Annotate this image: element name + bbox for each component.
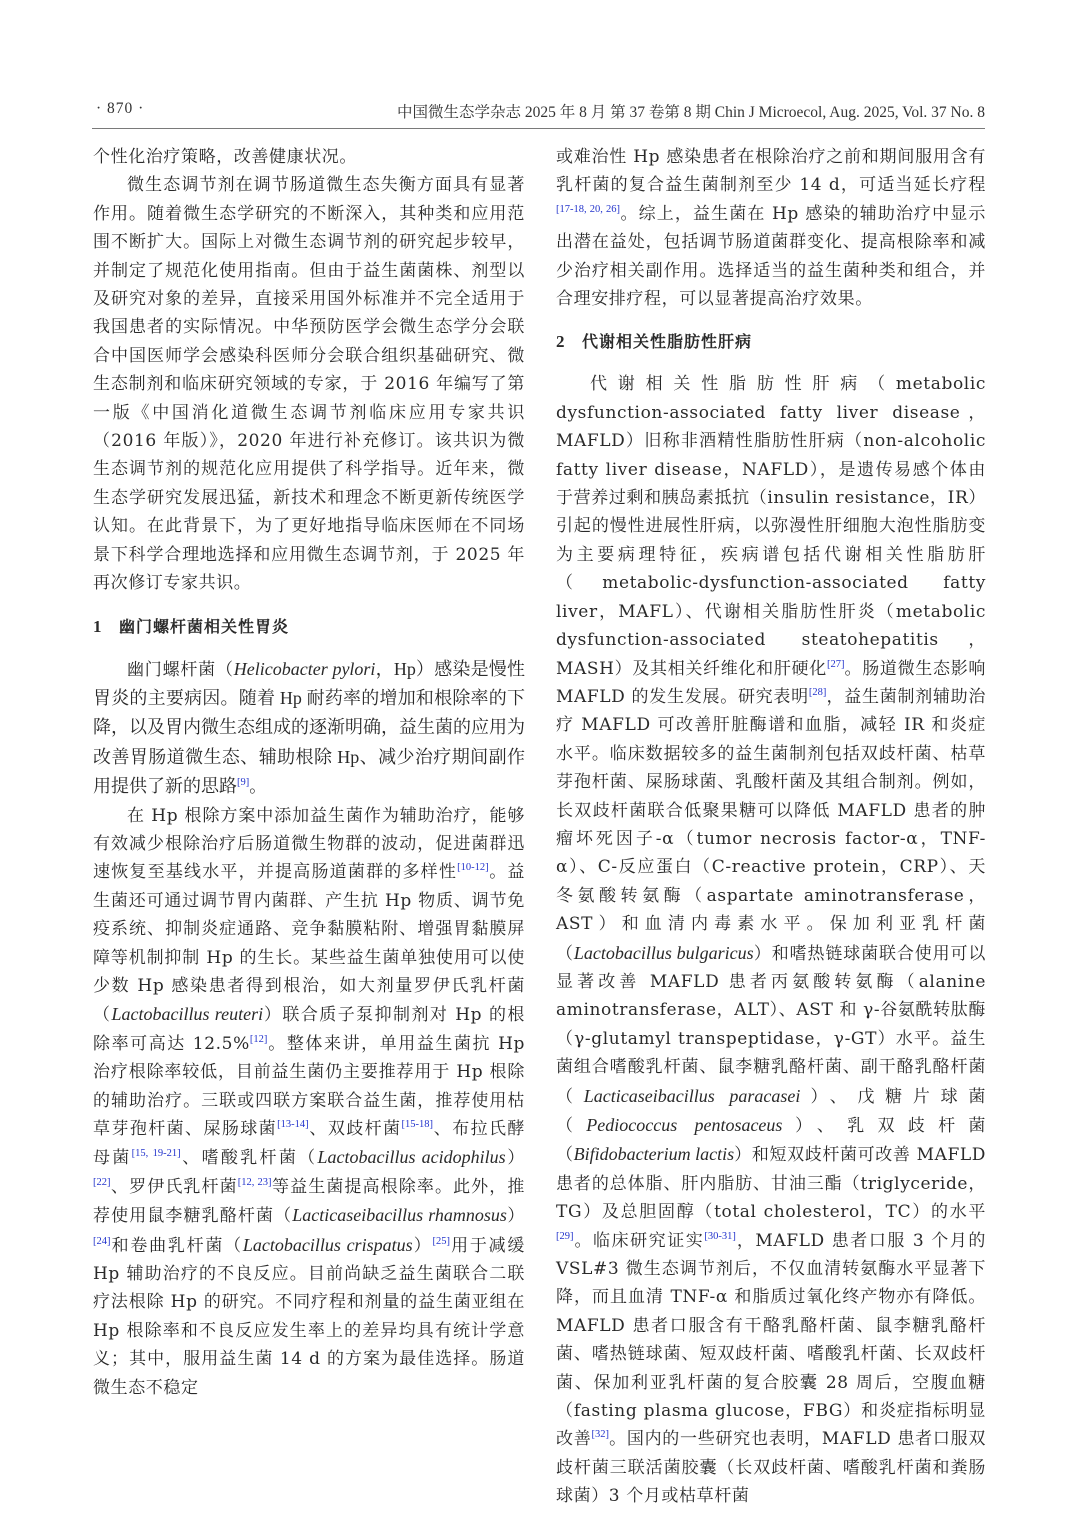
right-column: 或难治性 Hp 感染患者在根除治疗之前和期间服用含有乳杆菌的复合益生菌制剂至少 … bbox=[556, 143, 986, 1511]
left-column: 个性化治疗策略，改善健康状况。 微生态调节剂在调节肠道微生态失衡方面具有显著作用… bbox=[93, 143, 525, 1402]
citation-link[interactable]: [12, 23] bbox=[238, 1177, 272, 1188]
text-run: 和卷曲乳杆菌（ bbox=[111, 1236, 243, 1256]
running-header: · 870 · 中国微生态学杂志 2025 年 8 月 第 37 卷第 8 期 … bbox=[92, 98, 985, 129]
page-number: · 870 · bbox=[96, 100, 144, 118]
citation-link[interactable]: [25] bbox=[432, 1236, 450, 1247]
text-run: ） bbox=[507, 1206, 525, 1226]
latin-species-name: Lactobacillus bulgaricus bbox=[574, 943, 754, 963]
citation-link[interactable]: [17-18, 20, 26] bbox=[556, 204, 620, 215]
text-run: ） bbox=[506, 1148, 525, 1168]
section-title: 代谢相关性脂肪性肝病 bbox=[582, 332, 752, 351]
citation-link[interactable]: [12] bbox=[250, 1034, 268, 1045]
text-run: 。临床研究证实 bbox=[574, 1231, 705, 1251]
text-run: 代谢相关性脂肪性肝病（metabolic dysfunction-associa… bbox=[556, 374, 986, 678]
latin-species-name: Lactobacillus reuteri bbox=[111, 1004, 263, 1024]
paragraph-hp-summary: 或难治性 Hp 感染患者在根除治疗之前和期间服用含有乳杆菌的复合益生菌制剂至少 … bbox=[556, 143, 986, 313]
citation-link[interactable]: [15, 19-21] bbox=[132, 1148, 181, 1159]
text-run: 、嗜酸乳杆菌（ bbox=[181, 1148, 318, 1168]
latin-species-name: Lacticaseibacillus rhamnosus bbox=[292, 1205, 507, 1225]
section-number: 2 bbox=[556, 328, 582, 356]
citation-link[interactable]: [28] bbox=[809, 687, 827, 698]
text-run: 或难治性 Hp 感染患者在根除治疗之前和期间服用含有乳杆菌的复合益生菌制剂至少 … bbox=[556, 147, 986, 195]
citation-link[interactable]: [15-18] bbox=[401, 1119, 433, 1130]
citation-link[interactable]: [32] bbox=[591, 1429, 609, 1440]
text-run: 、双歧杆菌 bbox=[309, 1119, 402, 1139]
latin-species-name: Lactobacillus acidophilus bbox=[317, 1147, 505, 1167]
section-heading-1: 1幽门螺杆菌相关性胃炎 bbox=[93, 613, 525, 641]
citation-link[interactable]: [27] bbox=[827, 659, 845, 670]
citation-link[interactable]: [30-31] bbox=[704, 1231, 736, 1242]
text-run: ，益生菌制剂辅助治疗 MAFLD 可改善肝脏酶谱和血脂，减轻 IR 和炎症水平。… bbox=[556, 687, 986, 964]
citation-link[interactable]: [13-14] bbox=[277, 1119, 309, 1130]
journal-citation-line: 中国微生态学杂志 2025 年 8 月 第 37 卷第 8 期 Chin J M… bbox=[397, 100, 985, 122]
latin-species-name: Bifidobacterium lactis bbox=[574, 1144, 735, 1164]
paragraph-hp-intro: 幽门螺杆菌（Helicobacter pylori，Hp）感染是慢性胃炎的主要病… bbox=[93, 655, 525, 802]
citation-link[interactable]: [9] bbox=[237, 777, 249, 788]
text-run: 用于减缓 Hp 辅助治疗的不良反应。目前尚缺乏益生菌联合二联疗法根除 Hp 的研… bbox=[93, 1236, 525, 1398]
latin-species-name: Pediococcus pentosaceus bbox=[586, 1115, 782, 1135]
section-title: 幽门螺杆菌相关性胃炎 bbox=[119, 617, 289, 636]
paragraph-continuation: 个性化治疗策略，改善健康状况。 bbox=[93, 143, 525, 171]
citation-link[interactable]: [24] bbox=[93, 1236, 111, 1247]
section-heading-2: 2代谢相关性脂肪性肝病 bbox=[556, 328, 986, 356]
text-run: 。综上，益生菌在 Hp 感染的辅助治疗中显示出潜在益处，包括调节肠道菌群变化、提… bbox=[556, 204, 986, 309]
text-run: 。 bbox=[249, 777, 267, 797]
text-run: ，MAFLD 患者口服 3 个月的 VSL#3 微生态调节剂后，不仅血清转氨酶水… bbox=[556, 1231, 986, 1450]
section-number: 1 bbox=[93, 613, 119, 641]
citation-link[interactable]: [22] bbox=[93, 1177, 111, 1188]
text-run: ）和嗜热链球菌联合使用可以显著改善 MAFLD 患者丙氨酸转氨酶（alanine… bbox=[556, 944, 986, 1107]
citation-link[interactable]: [29] bbox=[556, 1231, 574, 1242]
paragraph-hp-probiotics: 在 Hp 根除方案中添加益生菌作为辅助治疗，能够有效减少根除治疗后肠道微生物群的… bbox=[93, 802, 525, 1403]
text-run: 。国内的一些研究也表明，MAFLD 患者口服双歧杆菌三联活菌胶囊（长双歧杆菌、嗜… bbox=[556, 1429, 986, 1506]
text-run: 、罗伊氏乳杆菌 bbox=[111, 1177, 238, 1197]
text-run: ） bbox=[413, 1236, 433, 1256]
latin-species-name: Helicobacter pylori bbox=[234, 659, 376, 679]
paragraph-mafld: 代谢相关性脂肪性肝病（metabolic dysfunction-associa… bbox=[556, 370, 986, 1510]
latin-species-name: Lactobacillus crispatus bbox=[243, 1235, 413, 1255]
latin-species-name: Lacticaseibacillus paracasei bbox=[584, 1086, 801, 1106]
paragraph-intro: 微生态调节剂在调节肠道微生态失衡方面具有显著作用。随着微生态学研究的不断深入，其… bbox=[93, 171, 525, 597]
citation-link[interactable]: [10-12] bbox=[457, 862, 489, 873]
text-run: 幽门螺杆菌（ bbox=[127, 660, 234, 680]
text-run: 。益生菌还可通过调节胃内菌群、产生抗 Hp 物质、调节免疫系统、抑制炎症通路、竞… bbox=[93, 862, 525, 1025]
